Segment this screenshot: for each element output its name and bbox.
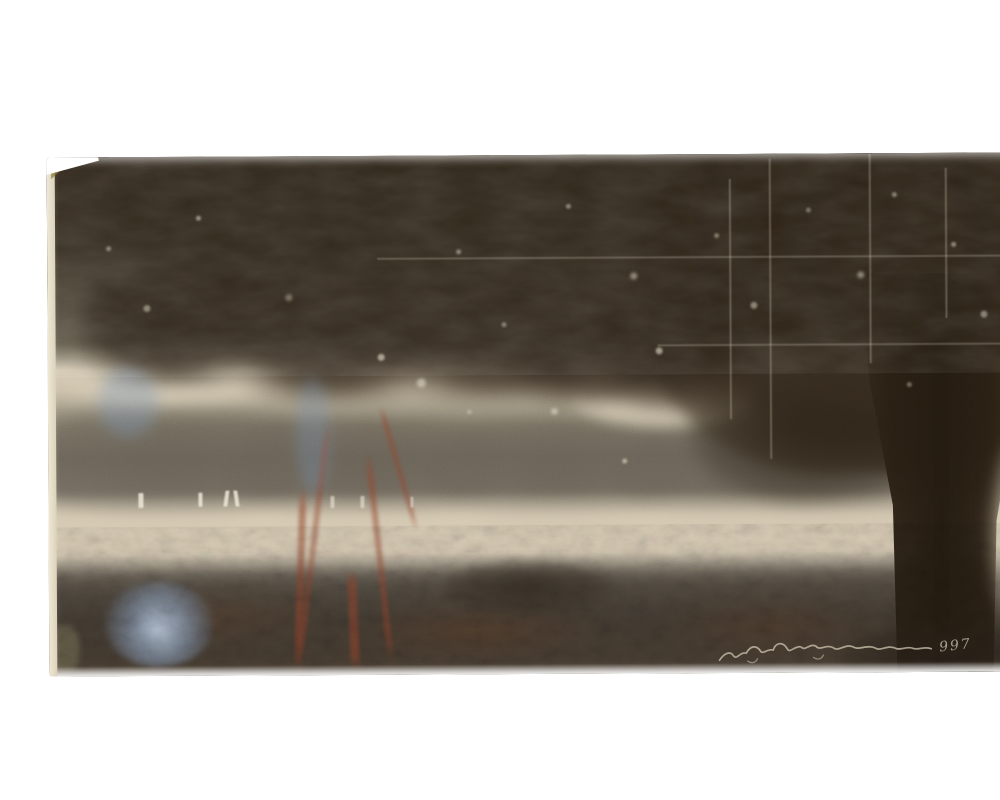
photo-edge-feather (47, 152, 1000, 676)
page-background: { "scene": { "type": "vintage-photograph… (0, 0, 1000, 800)
vintage-photograph: 997 (47, 152, 1000, 676)
